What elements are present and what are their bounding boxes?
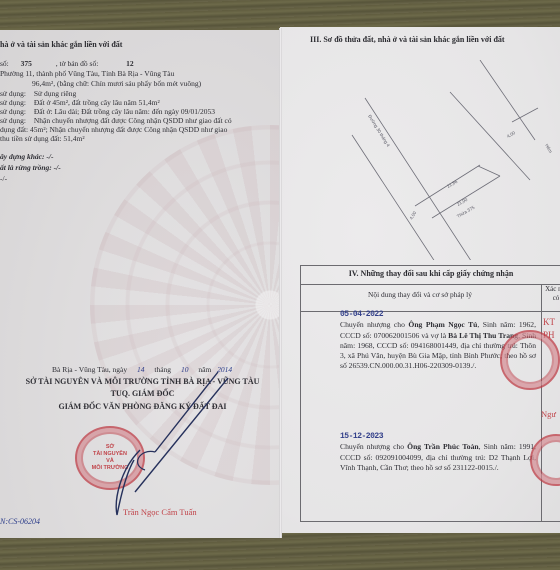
authority-line-1: SỞ TÀI NGUYÊN VÀ MÔI TRƯỜNG TỈNH BÀ RỊA …	[0, 377, 285, 387]
address: Phường 11, thành phố Vũng Tàu, Tỉnh Bà R…	[0, 69, 174, 79]
official-red-stamp: SỞ TÀI NGUYÊN VÀ MÔI TRƯỜNG	[75, 426, 145, 490]
signing-year: 2014	[217, 365, 232, 374]
transferee-name: Ông Phạm Ngọc Tú	[408, 320, 477, 329]
parcel-line: số: 375 , tờ bản đồ số: 12	[0, 59, 134, 69]
area: 96,4m², (bằng chữ: Chín mươi sáu phẩy bố…	[32, 79, 201, 89]
col-confirm-header: Xác n... có	[541, 285, 560, 303]
parcel-label: số:	[0, 59, 9, 68]
transferee-name: Ông Trần Phúc Toàn	[407, 442, 478, 451]
signing-day: 14	[137, 365, 145, 374]
col-content-header: Nội dung thay đổi và cơ sở pháp lý	[300, 290, 540, 300]
other-construction: ây dựng khác: -/-	[0, 152, 53, 162]
signing-month: 10	[181, 365, 189, 374]
signer-name: Trần Ngọc Cẩm Tuấn	[123, 508, 197, 518]
cert-number: N:CS-06204	[0, 517, 40, 527]
authority-line-2: TUQ. GIÁM ĐỐC	[0, 389, 285, 399]
map-sheet-number: 12	[126, 59, 134, 68]
origin-line-3: thu tiền sử dụng đất: 51,4m²	[0, 134, 85, 144]
usage-term: Đất ở: Lâu dài; Đất trồng cây lâu năm: đ…	[34, 107, 215, 116]
land-purpose: Đất ở 45m², đất trồng cây lâu năm 51,4m²	[34, 98, 160, 107]
changes-title: IV. Những thay đổi sau khi cấp giấy chứn…	[300, 269, 560, 279]
other-note: -/-	[0, 174, 7, 184]
right-section-title: III. Sơ đồ thửa đất, nhà ở và tài sản kh…	[310, 35, 505, 45]
parcel-number: 375	[21, 59, 32, 68]
page-fold	[279, 28, 282, 538]
confirm-entry-2: Ngư	[541, 410, 556, 420]
left-section-title: hà ở và tài sản khác gắn liền với đất	[0, 40, 122, 50]
map-sheet-label: , tờ bản đồ số:	[56, 59, 99, 68]
usage-form: Sử dụng riêng	[34, 89, 76, 98]
authority-line-3: GIÁM ĐỐC VĂN PHÒNG ĐĂNG KÝ ĐẤT ĐAI	[0, 402, 285, 412]
entry-date: 05-04-2022	[340, 310, 536, 320]
entry-date: 15-12-2023	[340, 432, 536, 442]
changes-table	[300, 265, 560, 522]
stamp-entry-1	[500, 330, 560, 390]
production-forest: ất là rừng trồng: -/-	[0, 163, 61, 173]
change-entry-2: 15-12-2023 Chuyển nhượng cho Ông Trần Ph…	[340, 432, 536, 473]
signing-place-date: Bà Rịa - Vũng Tàu, ngày 14 tháng 10 năm …	[52, 365, 232, 375]
